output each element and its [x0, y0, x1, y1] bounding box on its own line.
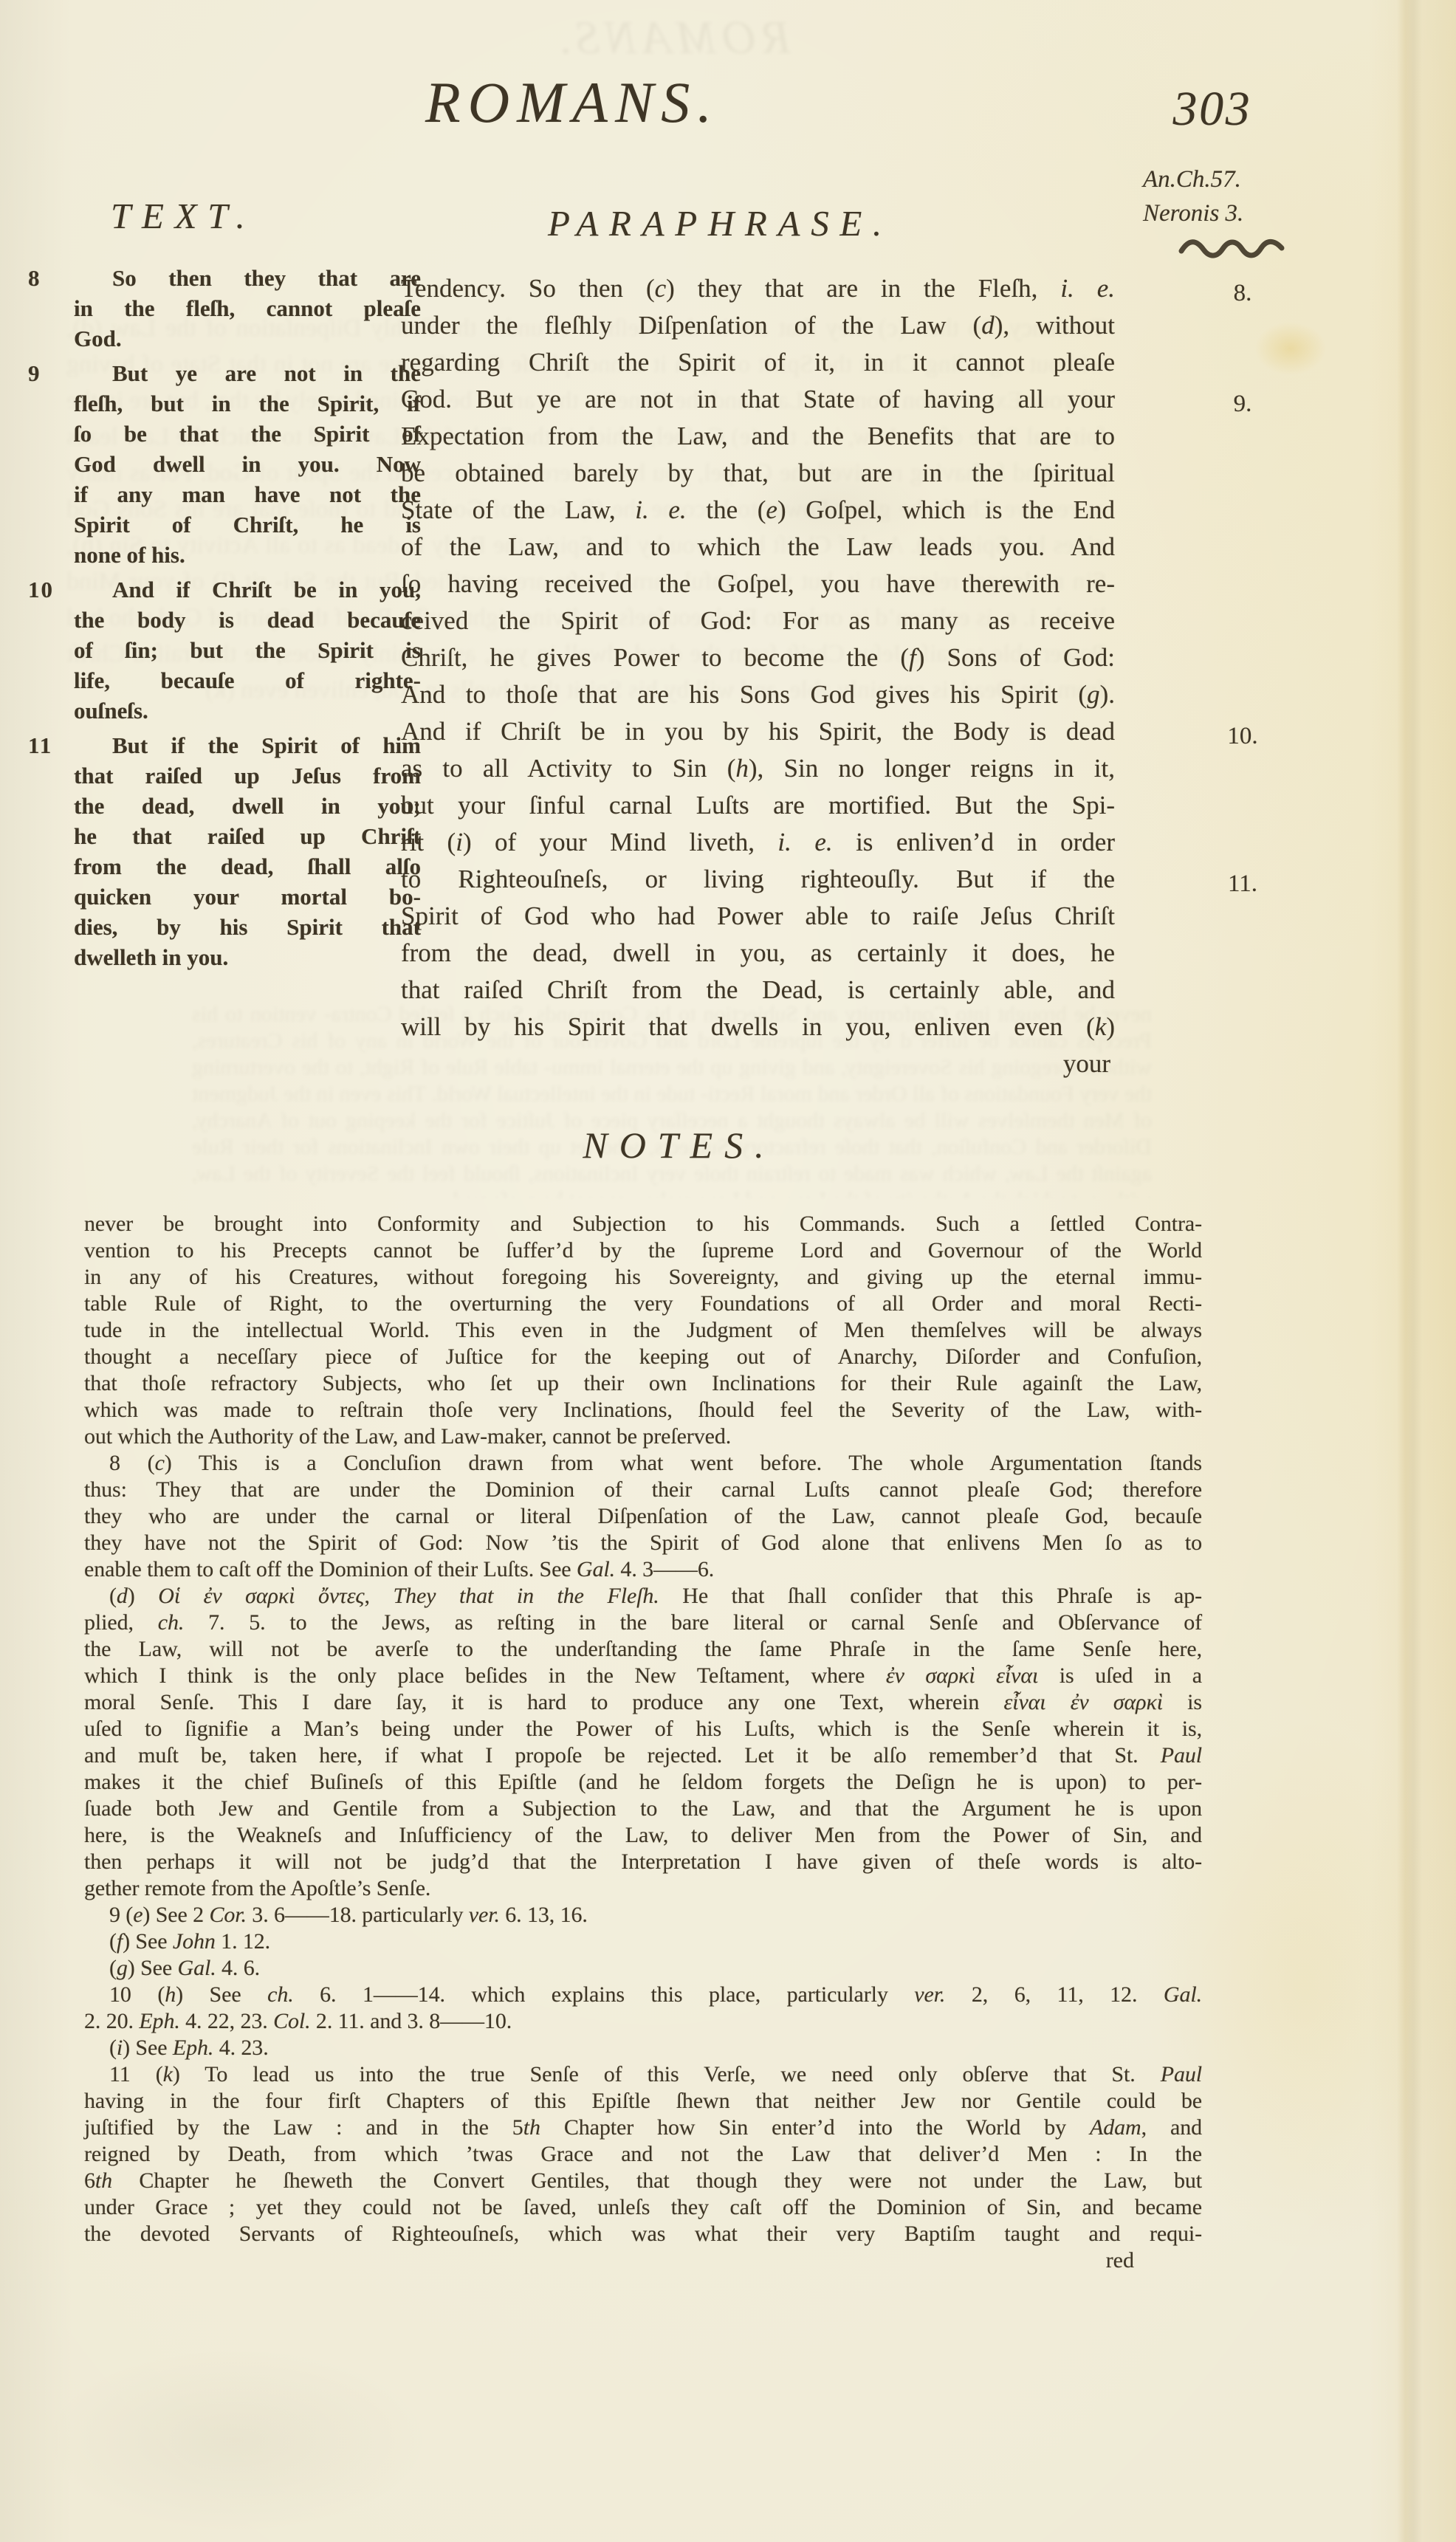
- note-line: thought a neceſſary piece of Juſtice for…: [84, 1344, 1202, 1370]
- text-line: dwelleth in you.: [74, 942, 421, 972]
- paper-stain: [1255, 322, 1326, 375]
- note-line: (d) Οἱ ἐν σαρκὶ ὄντες, They that in the …: [84, 1583, 1202, 1610]
- note-line: uſed to ſignifie a Man’s being under the…: [84, 1716, 1202, 1742]
- paraphrase-line: be obtained barely by that, but are in t…: [401, 455, 1115, 492]
- text-line: fleſh, but in the Spirit, if: [74, 388, 421, 419]
- note-paragraph: never be brought into Conformity and Sub…: [84, 1211, 1202, 1450]
- page-number: 303: [1153, 81, 1271, 137]
- note-line: under Grace ; yet they could not be ſave…: [84, 2194, 1202, 2221]
- paraphrase-line: God. But ye are not in that State of hav…: [401, 381, 1115, 418]
- verse-10: And if Chriſt be in you,10the body is de…: [74, 574, 421, 726]
- paraphrase-line: to Righteouſneſs, or living righteouſly.…: [401, 861, 1115, 898]
- paraphrase-column: Tendency. So then (c) they that are in t…: [401, 270, 1115, 1082]
- text-line: God dwell in you. Now: [74, 449, 421, 479]
- note-line: they have not the Spirit of God: Now ’ti…: [84, 1530, 1202, 1556]
- note-line: the Law, will not be averſe to the under…: [84, 1636, 1202, 1663]
- bleedthrough-ghost: ROMANS.: [413, 10, 930, 65]
- running-title: ROMANS.: [281, 69, 864, 136]
- verse-marker-9: 9.: [1202, 385, 1283, 422]
- note-line: 2. 20. Eph. 4. 22, 23. Col. 2. 11. and 3…: [84, 2008, 1202, 2035]
- text-line: none of his.: [74, 540, 421, 570]
- note-line: juſtified by the Law : and in the 5th Ch…: [84, 2115, 1202, 2141]
- note-line: plied, ch. 7. 5. to the Jews, as reſting…: [84, 1610, 1202, 1636]
- paraphrase-line: rit (i) of your Mind liveth, i. e. is en…: [401, 824, 1115, 861]
- note-line: 9 (e) See 2 Cor. 3. 6——18. particularly …: [84, 1902, 1202, 1928]
- text-line: from the dead, ſhall alſo: [74, 851, 421, 882]
- notes-body: never be brought into Conformity and Sub…: [84, 1211, 1202, 2247]
- text-line: God.: [74, 323, 421, 354]
- text-line: the dead, dwell in you;: [74, 791, 421, 821]
- note-line: 8 (c) This is a Concluſion drawn from wh…: [84, 1450, 1202, 1477]
- paraphrase-line: Tendency. So then (c) they that are in t…: [401, 270, 1115, 307]
- note-line: ſuade both Jew and Gentile from a Subjec…: [84, 1796, 1202, 1822]
- note-line: the devoted Servants of Righteouſneſs, w…: [84, 2221, 1202, 2247]
- note-line: makes it the chief Buſineſs of this Epiſ…: [84, 1769, 1202, 1796]
- verse-9: But ye are not in the9fleſh, but in the …: [74, 358, 421, 570]
- text-column-heading: TEXT.: [111, 195, 255, 237]
- note-paragraph: 9 (e) See 2 Cor. 3. 6——18. particularly …: [84, 1902, 1202, 1928]
- paraphrase-line: but your ſinful carnal Luſts are mortifi…: [401, 787, 1115, 824]
- note-line: in any of his Creatures, without foregoi…: [84, 1264, 1202, 1291]
- verse-number: 11: [28, 730, 63, 760]
- note-paragraph: (i) See Eph. 4. 23.: [84, 2035, 1202, 2061]
- note-line: reigned by Death, from which ’twas Grace…: [84, 2141, 1202, 2168]
- note-line: 6th Chapter he ſheweth the Convert Genti…: [84, 2168, 1202, 2194]
- catchword-notes: red: [84, 2247, 1202, 2274]
- verse-8: So then they that are8in the fleſh, cann…: [74, 263, 421, 354]
- note-line: (g) See Gal. 4. 6.: [84, 1955, 1202, 1982]
- paraphrase-column-heading: PARAPHRASE.: [548, 202, 893, 244]
- text-line: that raiſed up Jeſus from: [74, 760, 421, 791]
- text-line: Spirit of Chriſt, he is: [74, 509, 421, 540]
- anno-christi-note: An.Ch.57.: [1143, 162, 1342, 196]
- verse-marker-10: 10.: [1202, 718, 1283, 755]
- paraphrase-line: will by his Spirit that dwells in you, e…: [401, 1009, 1115, 1045]
- book-page: ROMANS. Tendency. So then (c) they that …: [0, 0, 1456, 2542]
- text-line: dies, by his Spirit that: [74, 912, 421, 942]
- text-line: he that raiſed up Chriſt: [74, 821, 421, 851]
- verse-number: 10: [28, 574, 63, 605]
- paraphrase-line: And if Chriſt be in you by his Spirit, t…: [401, 713, 1115, 750]
- note-line: moral Senſe. This I dare ſay, it is hard…: [84, 1689, 1202, 1716]
- paraphrase-lines: Tendency. So then (c) they that are in t…: [401, 270, 1115, 1045]
- note-line: (i) See Eph. 4. 23.: [84, 2035, 1202, 2061]
- text-line: ouſneſs.: [74, 695, 421, 726]
- catchword-paraphrase: your: [401, 1045, 1115, 1082]
- note-line: thus: They that are under the Dominion o…: [84, 1477, 1202, 1503]
- note-line: (f) See John 1. 12.: [84, 1928, 1202, 1955]
- paraphrase-line: Expectation from the Law, and the Benefi…: [401, 418, 1115, 455]
- note-line: here, is the Weakneſs and Inſufficiency …: [84, 1822, 1202, 1849]
- note-paragraph: (g) See Gal. 4. 6.: [84, 1955, 1202, 1982]
- verse-marker-11: 11.: [1202, 865, 1283, 902]
- note-paragraph: 8 (c) This is a Concluſion drawn from wh…: [84, 1450, 1202, 1583]
- note-paragraph: (d) Οἱ ἐν σαρκὶ ὄντες, They that in the …: [84, 1583, 1202, 1902]
- flourish-squiggle-icon: [1177, 233, 1288, 263]
- note-paragraph: (f) See John 1. 12.: [84, 1928, 1202, 1955]
- text-line: life, becauſe of righte-: [74, 665, 421, 695]
- margin-chronology: An.Ch.57. Neronis 3.: [1143, 162, 1342, 263]
- note-line: that thoſe refractory Subjects, who ſet …: [84, 1370, 1202, 1397]
- notes-heading: NOTES.: [509, 1124, 849, 1167]
- verse-marker-8: 8.: [1202, 275, 1283, 312]
- note-paragraph: 10 (h) See ch. 6. 1——14. which explains …: [84, 1982, 1202, 2035]
- note-line: having in the four firſt Chapters of thi…: [84, 2088, 1202, 2115]
- paraphrase-line: ſo having received the Goſpel, you have …: [401, 566, 1115, 602]
- note-line: table Rule of Right, to the overturning …: [84, 1291, 1202, 1317]
- text-line: And if Chriſt be in you,10: [74, 574, 421, 605]
- text-column-body: So then they that are8in the fleſh, cann…: [74, 263, 421, 972]
- page-edge-crease: [1397, 0, 1422, 2542]
- note-paragraph: 11 (k) To lead us into the true Senſe of…: [84, 2061, 1202, 2247]
- verse-number: 8: [28, 263, 63, 293]
- note-line: gether remote from the Apoſtle’s Senſe.: [84, 1875, 1202, 1902]
- paraphrase-line: State of the Law, i. e. the (e) Goſpel, …: [401, 492, 1115, 529]
- note-line: 10 (h) See ch. 6. 1——14. which explains …: [84, 1982, 1202, 2008]
- paraphrase-line: Chriſt, he gives Power to become the (f)…: [401, 639, 1115, 676]
- note-line: which was made to reſtrain thoſe very In…: [84, 1397, 1202, 1423]
- note-line: they who are under the carnal or literal…: [84, 1503, 1202, 1530]
- text-line: But if the Spirit of him11: [74, 730, 421, 760]
- note-line: never be brought into Conformity and Sub…: [84, 1211, 1202, 1237]
- note-line: 11 (k) To lead us into the true Senſe of…: [84, 2061, 1202, 2088]
- paraphrase-line: as to all Activity to Sin (h), Sin no lo…: [401, 750, 1115, 787]
- paraphrase-line: that raiſed Chriſt from the Dead, is cer…: [401, 972, 1115, 1009]
- paraphrase-line: regarding Chriſt the Spirit of it, in it…: [401, 344, 1115, 381]
- text-column: So then they that are8in the fleſh, cann…: [74, 263, 421, 977]
- anno-neronis-note: Neronis 3.: [1143, 196, 1342, 230]
- text-line: in the fleſh, cannot pleaſe: [74, 293, 421, 323]
- note-line: vention to his Precepts cannot be ſuffer…: [84, 1237, 1202, 1264]
- paraphrase-line: under the fleſhly Diſpenſation of the La…: [401, 307, 1115, 344]
- notes-section: never be brought into Conformity and Sub…: [84, 1211, 1202, 2274]
- verse-number: 9: [28, 358, 63, 388]
- paper-stain: [44, 2348, 428, 2532]
- note-line: which I think is the only place beſides …: [84, 1663, 1202, 1689]
- text-line: the body is dead becauſe: [74, 605, 421, 635]
- note-line: and muſt be, taken here, if what I propo…: [84, 1742, 1202, 1769]
- text-line: of ſin; but the Spirit is: [74, 635, 421, 665]
- text-line: So then they that are8: [74, 263, 421, 293]
- verse-11: But if the Spirit of him11that raiſed up…: [74, 730, 421, 972]
- paraphrase-line: And to thoſe that are his Sons God gives…: [401, 676, 1115, 713]
- note-line: out which the Authority of the Law, and …: [84, 1423, 1202, 1450]
- text-line: quicken your mortal bo-: [74, 882, 421, 912]
- paraphrase-line: Spirit of God who had Power able to raiſ…: [401, 898, 1115, 935]
- text-line: ſo be that the Spirit of: [74, 419, 421, 449]
- paraphrase-line: of the Law, and to which the Law leads y…: [401, 529, 1115, 566]
- text-line: if any man have not the: [74, 479, 421, 509]
- note-line: enable them to caſt off the Dominion of …: [84, 1556, 1202, 1583]
- note-line: then perhaps it will not be judg’d that …: [84, 1849, 1202, 1875]
- note-line: tude in the intellectual World. This eve…: [84, 1317, 1202, 1344]
- paraphrase-line: from the dead, dwell in you, as certainl…: [401, 935, 1115, 972]
- text-line: But ye are not in the9: [74, 358, 421, 388]
- paraphrase-line: ceived the Spirit of God: For as many as…: [401, 602, 1115, 639]
